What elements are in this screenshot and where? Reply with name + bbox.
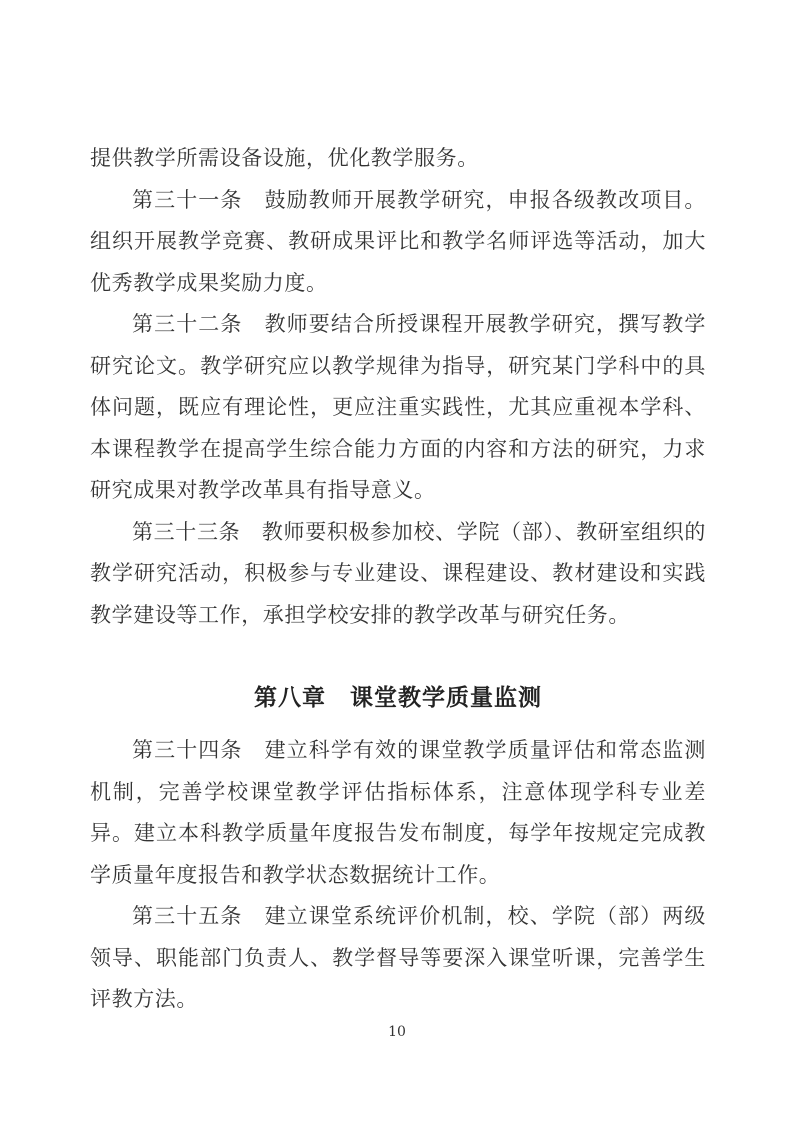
page-number: 10 [0,1022,794,1042]
document-page: 提供教学所需设备设施，优化教学服务。 第三十一条 鼓励教师开展教学研究，申报各级… [0,0,794,1123]
paragraph-article-31: 第三十一条 鼓励教师开展教学研究，申报各级教改项目。组织开展教学竞赛、教研成果评… [90,180,706,305]
paragraph-article-32: 第三十二条 教师要结合所授课程开展教学研究，撰写教学研究论文。教学研究应以教学规… [90,304,706,512]
paragraph-continuation: 提供教学所需设备设施，优化教学服务。 [90,138,706,180]
paragraph-article-34: 第三十四条 建立科学有效的课堂教学质量评估和常态监测机制，完善学校课堂教学评估指… [90,730,706,896]
paragraph-article-35: 第三十五条 建立课堂系统评价机制，校、学院（部）两级领导、职能部门负责人、教学督… [90,896,706,1021]
chapter-heading: 第八章 课堂教学质量监测 [90,682,706,714]
paragraph-article-33: 第三十三条 教师要积极参加校、学院（部）、教研室组织的教学研究活动，积极参与专业… [90,512,706,637]
page-content: 提供教学所需设备设施，优化教学服务。 第三十一条 鼓励教师开展教学研究，申报各级… [90,138,706,1021]
